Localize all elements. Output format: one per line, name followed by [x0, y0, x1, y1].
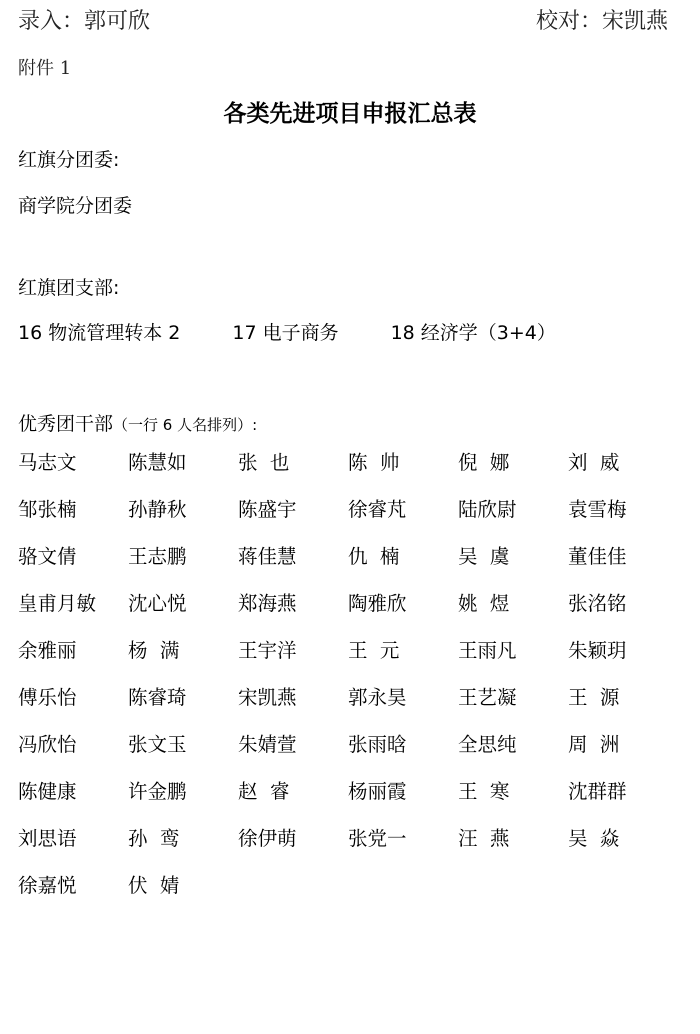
name-cell: 王宇洋 [238, 635, 348, 663]
red-flag-branch-list: 16 物流管理转本 2 17 电子商务 18 经济学（3+4） [18, 318, 608, 345]
name-cell: 孙静秋 [128, 494, 238, 522]
name-cell: 郑海燕 [238, 588, 348, 616]
branch-item: 18 经济学（3+4） [391, 318, 556, 345]
name-cell: 陈睿琦 [128, 682, 238, 710]
name-cell: 吴 虞 [458, 541, 568, 569]
name-cell: 郭永昊 [348, 682, 458, 710]
page-title: 各类先进项目申报汇总表 [0, 95, 700, 128]
name-row: 陈健康 许金鹏 赵 睿 杨丽霞 王 寒 沈群群 [18, 776, 678, 823]
name-cell: 徐嘉悦 [18, 870, 128, 898]
name-cell: 宋凯燕 [238, 682, 348, 710]
name-cell: 杨丽霞 [348, 776, 458, 804]
name-row: 徐嘉悦 伏 婧 [18, 870, 678, 917]
name-row: 邹张楠 孙静秋 陈盛宇 徐睿芃 陆欣尉 袁雪梅 [18, 494, 678, 541]
name-cell: 孙 鸾 [128, 823, 238, 851]
name-cell: 徐睿芃 [348, 494, 458, 522]
name-cell: 张洺铭 [568, 588, 678, 616]
name-row: 马志文 陈慧如 张 也 陈 帅 倪 娜 刘 威 [18, 447, 678, 494]
name-cell: 王 源 [568, 682, 678, 710]
name-cell: 陈慧如 [128, 447, 238, 475]
name-cell: 张雨晗 [348, 729, 458, 757]
name-cell: 董佳佳 [568, 541, 678, 569]
name-row: 皇甫月敏 沈心悦 郑海燕 陶雅欣 姚 煜 张洺铭 [18, 588, 678, 635]
red-flag-committee-heading: 红旗分团委: [18, 145, 119, 172]
name-cell: 张 也 [238, 447, 348, 475]
name-row: 骆文倩 王志鹏 蒋佳慧 仇 楠 吴 虞 董佳佳 [18, 541, 678, 588]
name-cell: 沈心悦 [128, 588, 238, 616]
red-flag-branch-heading: 红旗团支部: [18, 273, 119, 300]
proofread-by-label: 校对：宋凯燕 [536, 4, 668, 35]
cadre-names-grid: 马志文 陈慧如 张 也 陈 帅 倪 娜 刘 威 邹张楠 孙静秋 陈盛宇 徐睿芃 … [18, 447, 678, 917]
name-cell: 朱颖玥 [568, 635, 678, 663]
name-cell: 马志文 [18, 447, 128, 475]
name-cell: 张党一 [348, 823, 458, 851]
name-cell: 杨 满 [128, 635, 238, 663]
name-cell: 朱婧萱 [238, 729, 348, 757]
name-cell: 周 洲 [568, 729, 678, 757]
name-cell: 冯欣怡 [18, 729, 128, 757]
excellent-cadres-label: 优秀团干部 [18, 413, 113, 435]
name-cell: 王雨凡 [458, 635, 568, 663]
name-cell: 蒋佳慧 [238, 541, 348, 569]
branch-item: 17 电子商务 [232, 318, 338, 345]
name-cell: 余雅丽 [18, 635, 128, 663]
name-cell: 袁雪梅 [568, 494, 678, 522]
name-cell: 王志鹏 [128, 541, 238, 569]
name-cell: 全思纯 [458, 729, 568, 757]
name-cell: 王艺凝 [458, 682, 568, 710]
name-cell: 刘思语 [18, 823, 128, 851]
name-cell: 刘 威 [568, 447, 678, 475]
name-cell: 仇 楠 [348, 541, 458, 569]
red-flag-committee-item: 商学院分团委 [18, 191, 132, 218]
name-cell: 王 寒 [458, 776, 568, 804]
name-cell: 吴 焱 [568, 823, 678, 851]
name-cell: 汪 燕 [458, 823, 568, 851]
name-cell: 徐伊萌 [238, 823, 348, 851]
name-cell: 王 元 [348, 635, 458, 663]
name-cell: 陈盛宇 [238, 494, 348, 522]
branch-item: 16 物流管理转本 2 [18, 318, 180, 345]
name-row: 余雅丽 杨 满 王宇洋 王 元 王雨凡 朱颖玥 [18, 635, 678, 682]
name-cell: 陆欣尉 [458, 494, 568, 522]
attachment-number: 附件 1 [18, 54, 71, 80]
name-cell: 皇甫月敏 [18, 588, 128, 616]
name-cell: 倪 娜 [458, 447, 568, 475]
name-cell: 陈 帅 [348, 447, 458, 475]
name-cell: 伏 婧 [128, 870, 238, 898]
name-cell: 赵 睿 [238, 776, 348, 804]
excellent-cadres-heading: 优秀团干部（一行 6 人名排列）: [18, 409, 257, 436]
entry-by-label: 录入：郭可欣 [18, 4, 150, 35]
name-cell: 骆文倩 [18, 541, 128, 569]
name-cell: 陶雅欣 [348, 588, 458, 616]
name-cell: 张文玉 [128, 729, 238, 757]
name-cell: 邹张楠 [18, 494, 128, 522]
name-cell: 傅乐怡 [18, 682, 128, 710]
name-row: 傅乐怡 陈睿琦 宋凯燕 郭永昊 王艺凝 王 源 [18, 682, 678, 729]
excellent-cadres-note: （一行 6 人名排列）: [113, 416, 257, 434]
name-cell: 姚 煜 [458, 588, 568, 616]
name-row: 冯欣怡 张文玉 朱婧萱 张雨晗 全思纯 周 洲 [18, 729, 678, 776]
name-cell: 许金鹏 [128, 776, 238, 804]
name-row: 刘思语 孙 鸾 徐伊萌 张党一 汪 燕 吴 焱 [18, 823, 678, 870]
name-cell: 陈健康 [18, 776, 128, 804]
name-cell: 沈群群 [568, 776, 678, 804]
